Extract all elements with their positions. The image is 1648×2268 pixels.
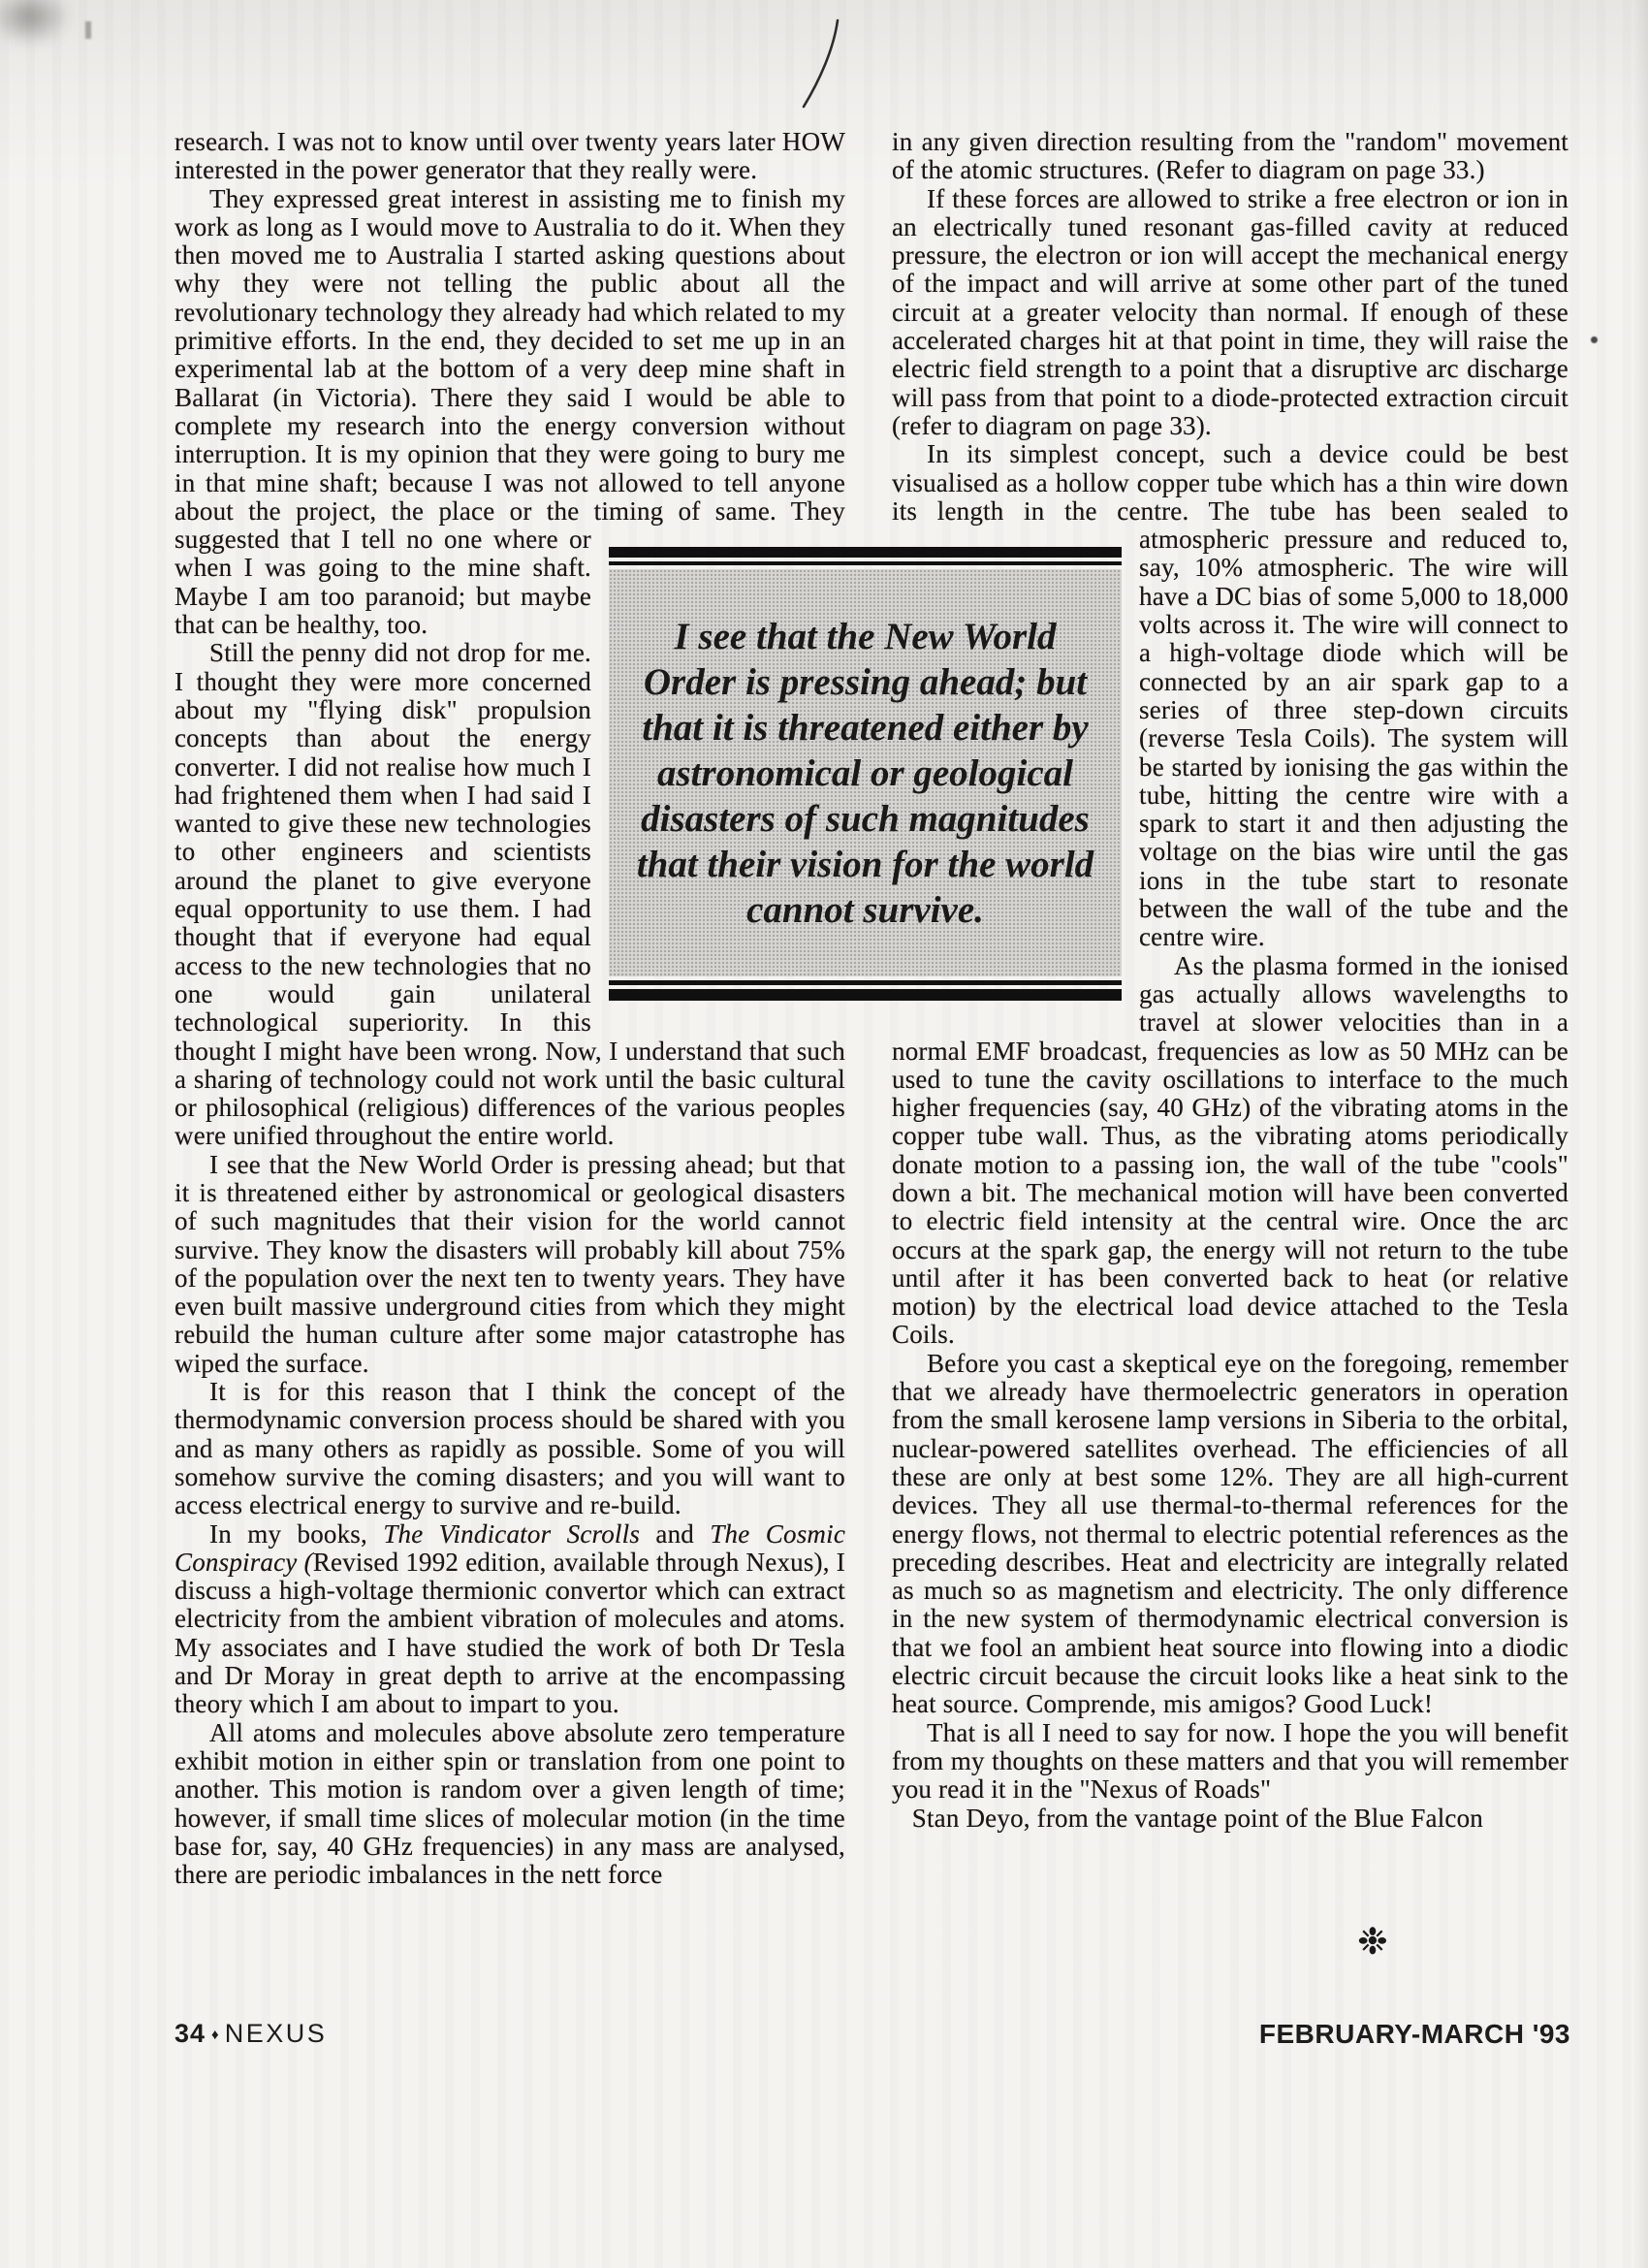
footer-page-number: 34 ♦ NEXUS <box>174 2019 327 2049</box>
text-run: In my books, <box>209 1519 383 1549</box>
pull-quote-line: astronomical or geological <box>609 751 1122 796</box>
text-run: As the plasma formed in the ionised gas … <box>892 951 1569 1350</box>
body-paragraph: It is for this reason that I think the c… <box>174 1378 845 1519</box>
scan-speck <box>85 21 91 39</box>
body-paragraph: As the plasma formed in the ionised gas … <box>892 952 1569 1350</box>
body-paragraph: All atoms and molecules above absolute z… <box>174 1719 845 1890</box>
text-run: and <box>640 1519 710 1549</box>
byline: Stan Deyo, from the vantage point of the… <box>892 1805 1569 1833</box>
pull-quote-line: that it is threatened either by <box>609 705 1122 751</box>
scan-slash-mark <box>797 16 843 112</box>
pull-quote-line: cannot survive. <box>609 887 1122 933</box>
text-run: research. I was not to know until over t… <box>174 127 845 184</box>
book-title: The Vindicator Scrolls <box>383 1519 640 1549</box>
text-run: If these forces are allowed to strike a … <box>892 184 1569 440</box>
body-paragraph: Before you cast a skeptical eye on the f… <box>892 1350 1569 1719</box>
body-paragraph: That is all I need to say for now. I hop… <box>892 1719 1569 1805</box>
text-run: All atoms and molecules above absolute z… <box>174 1718 845 1889</box>
footer-issue-date: FEBRUARY-MARCH '93 <box>1259 2019 1570 2050</box>
end-of-article-icon: ❉ <box>1357 1920 1388 1964</box>
body-paragraph: In my books, The Vindicator Scrolls and … <box>174 1520 845 1719</box>
pull-quote-rule-bottom-thin <box>609 980 1122 985</box>
magazine-name: NEXUS <box>225 2019 328 2049</box>
magazine-page: research. I was not to know until over t… <box>0 0 1648 2268</box>
pull-quote-body: I see that the New WorldOrder is pressin… <box>609 569 1122 976</box>
pull-quote-rule-top-thick <box>609 547 1122 558</box>
text-run: It is for this reason that I think the c… <box>174 1377 845 1519</box>
pull-quote-line: disasters of such magnitudes <box>609 796 1122 842</box>
scan-blotch <box>0 0 72 47</box>
body-paragraph: I see that the New World Order is pressi… <box>174 1151 845 1378</box>
body-paragraph: If these forces are allowed to strike a … <box>892 185 1569 441</box>
left-column: research. I was not to know until over t… <box>174 128 845 1889</box>
page-number: 34 <box>174 2019 206 2049</box>
pull-quote-rule-bottom-thick <box>609 989 1122 1001</box>
pull-quote-line: that their vision for the world <box>609 842 1122 887</box>
text-run: That is all I need to say for now. I hop… <box>892 1718 1569 1805</box>
text-run: I see that the New World Order is pressi… <box>174 1150 845 1378</box>
pull-quote-line: I see that the New World <box>609 614 1122 659</box>
body-paragraph: research. I was not to know until over t… <box>174 128 845 185</box>
text-run: Before you cast a skeptical eye on the f… <box>892 1349 1569 1719</box>
diamond-bullet-icon: ♦ <box>211 2028 219 2042</box>
page-footer: 34 ♦ NEXUS FEBRUARY-MARCH '93 <box>174 2019 1570 2050</box>
body-paragraph: in any given direction resulting from th… <box>892 128 1569 185</box>
pull-quote-line: Order is pressing ahead; but <box>609 659 1122 705</box>
scan-edge-shadow <box>1632 0 1648 2268</box>
scan-speck <box>1591 336 1598 343</box>
text-run: in any given direction resulting from th… <box>892 127 1569 184</box>
pull-quote-box: I see that the New WorldOrder is pressin… <box>609 547 1122 1001</box>
pull-quote-rule-top-thin <box>609 561 1122 565</box>
